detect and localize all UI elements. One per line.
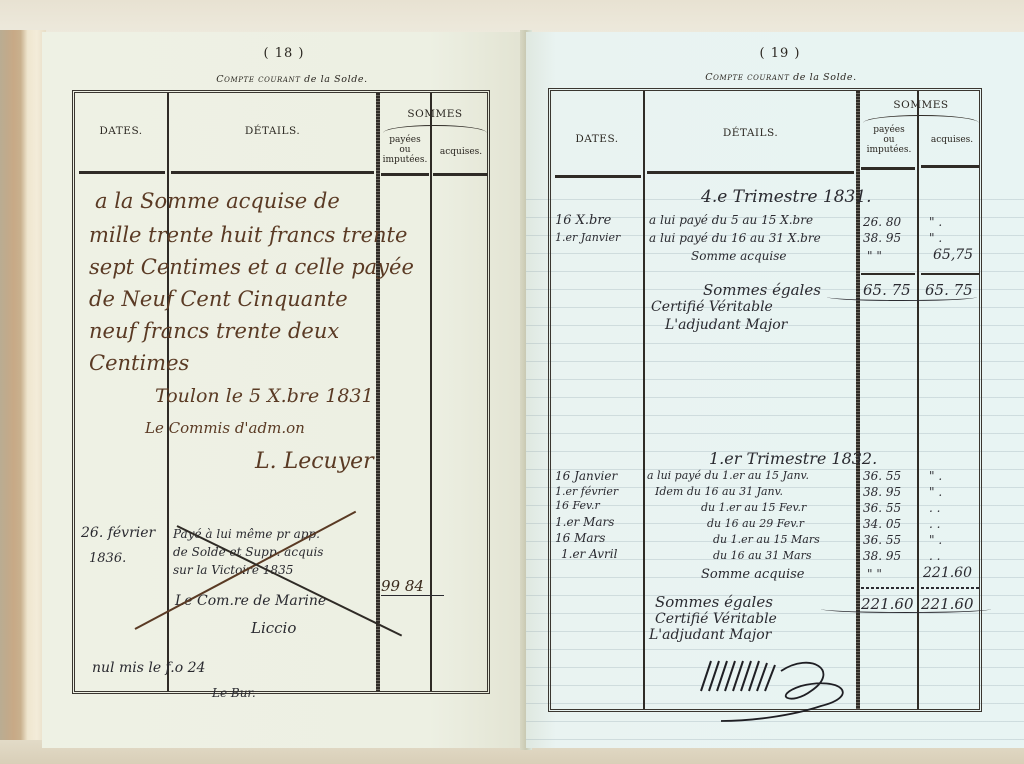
ledger-table: DATES. DÉTAILS. SOMMES payées ou imputée… — [548, 88, 982, 712]
left-page: ( 18 ) Compte courant de la Solde. DATES… — [42, 32, 526, 748]
row-acquises: 65,75 — [933, 247, 973, 263]
header-rule — [861, 167, 915, 170]
sum-rule — [921, 273, 979, 275]
header-brace — [863, 115, 979, 123]
row-date: 1.er Mars — [555, 515, 614, 529]
header-rule — [921, 165, 979, 168]
header-brace — [383, 125, 487, 133]
header-rule — [647, 171, 854, 174]
row-date: 16 X.bre — [555, 213, 611, 228]
total-label: Sommes égales — [655, 593, 773, 611]
sum-rule — [921, 587, 979, 589]
header-dates: DATES. — [551, 133, 643, 145]
row-date: 16 Janvier — [555, 469, 617, 483]
signer-role: Le Commis d'adm.on — [145, 419, 305, 437]
entry-detail: de Solde et Supp. acquis — [173, 545, 323, 559]
sum-rule — [861, 587, 915, 589]
total-flourish — [827, 293, 977, 301]
row-payees: 38. 95 — [863, 549, 901, 563]
header-dates: DATES. — [75, 125, 167, 137]
header-rule — [381, 173, 429, 176]
header-rule — [171, 171, 374, 174]
row-date: 16 Fev.r — [555, 499, 600, 512]
signature: L. Lecuyer — [255, 449, 374, 474]
handwritten-line: mille trente huit francs trente — [89, 223, 407, 247]
row-payees: 34. 05 — [863, 517, 901, 531]
header-rule — [433, 173, 488, 176]
header-details: DÉTAILS. — [169, 125, 376, 137]
header-sommes: SOMMES — [380, 108, 490, 120]
entry-date: 26. février — [81, 525, 155, 541]
signature-flourish — [691, 651, 891, 731]
header-payees: payées ou imputées. — [379, 135, 431, 165]
column-divider — [856, 91, 860, 709]
row-detail: Somme acquise — [701, 567, 804, 582]
handwritten-line: sept Centimes et a celle payée — [89, 255, 414, 279]
running-title: Compte courant de la Solde. — [182, 74, 402, 85]
header-acquises: acquises. — [432, 147, 490, 157]
certifier-role: L'adjudant Major — [649, 627, 771, 643]
row-payees: 36. 55 — [863, 533, 901, 547]
handwritten-line: a la Somme acquise de — [95, 189, 340, 213]
sum-rule — [861, 273, 915, 275]
row-detail: du 1.er au 15 Mars — [713, 533, 820, 546]
row-detail: Somme acquise — [691, 249, 787, 263]
row-detail: du 1.er au 15 Fev.r — [701, 501, 806, 514]
row-detail: du 16 au 29 Fev.r — [707, 517, 804, 530]
footer-note: Le Bur. — [212, 686, 256, 700]
row-acquises: 221.60 — [923, 565, 972, 581]
row-detail: du 16 au 31 Mars — [713, 549, 811, 562]
header-sommes: SOMMES — [860, 99, 982, 111]
row-date: 1.er Avril — [561, 547, 617, 561]
row-detail: a lui payé du 1.er au 15 Janv. — [647, 469, 809, 482]
ledger-table: DATES. DÉTAILS. SOMMES payées ou imputée… — [72, 90, 490, 694]
certification: Certifié Véritable — [651, 299, 773, 315]
row-acquises: " . — [929, 469, 942, 483]
entry-signature: Liccio — [251, 619, 296, 637]
row-date: 1.er février — [555, 485, 618, 498]
row-detail: a lui payé du 5 au 15 X.bre — [649, 213, 813, 227]
column-divider — [643, 91, 645, 709]
page-number: ( 18 ) — [254, 46, 314, 61]
row-payees: 36. 55 — [863, 501, 901, 515]
header-acquises: acquises. — [920, 135, 984, 145]
section-title: 4.e Trimestre 1831. — [701, 187, 872, 207]
row-payees: 26. 80 — [863, 215, 901, 229]
handwritten-line: neuf francs trente deux — [89, 319, 339, 343]
header-details: DÉTAILS. — [645, 127, 856, 139]
column-divider — [917, 91, 919, 709]
certification: Certifié Véritable — [655, 611, 777, 627]
row-payees: 36. 55 — [863, 469, 901, 483]
header-rule — [555, 175, 641, 178]
footer-note: nul mis le f.o 24 — [92, 660, 205, 676]
header-rule — [79, 171, 165, 174]
row-payees: " " — [867, 249, 882, 263]
page-number: ( 19 ) — [750, 46, 810, 61]
row-date: 1.er Janvier — [555, 231, 620, 244]
row-acquises: . . — [929, 549, 940, 563]
row-acquises: " . — [929, 215, 942, 229]
row-payees: " " — [867, 567, 882, 581]
column-divider — [376, 93, 380, 691]
row-acquises: " . — [929, 485, 942, 499]
total-label: Sommes égales — [703, 281, 821, 299]
row-acquises: " . — [929, 533, 942, 547]
column-divider — [430, 93, 432, 691]
certifier-role: L'adjudant Major — [665, 317, 787, 333]
row-acquises: . . — [929, 501, 940, 515]
row-payees: 38. 95 — [863, 231, 901, 245]
row-detail: a lui payé du 16 au 31 X.bre — [649, 231, 821, 245]
row-payees: 38. 95 — [863, 485, 901, 499]
row-detail: Idem du 16 au 31 Janv. — [655, 485, 783, 498]
handwritten-line: de Neuf Cent Cinquante — [89, 287, 348, 311]
running-title: Compte courant de la Solde. — [656, 72, 906, 83]
right-page: ( 19 ) Compte courant de la Solde. DATES… — [526, 32, 1024, 748]
section-title: 1.er Trimestre 1832. — [709, 449, 877, 468]
entry-year: 1836. — [89, 551, 126, 566]
total-flourish — [821, 605, 991, 613]
place-date: Toulon le 5 X.bre 1831 — [155, 385, 374, 407]
book-edge — [0, 30, 46, 740]
row-acquises: " . — [929, 231, 942, 245]
row-date: 16 Mars — [555, 531, 605, 545]
row-acquises: . . — [929, 517, 940, 531]
entry-amount: 99 84 — [381, 577, 444, 596]
handwritten-line: Centimes — [89, 351, 189, 375]
header-payees: payées ou imputées. — [859, 125, 919, 155]
